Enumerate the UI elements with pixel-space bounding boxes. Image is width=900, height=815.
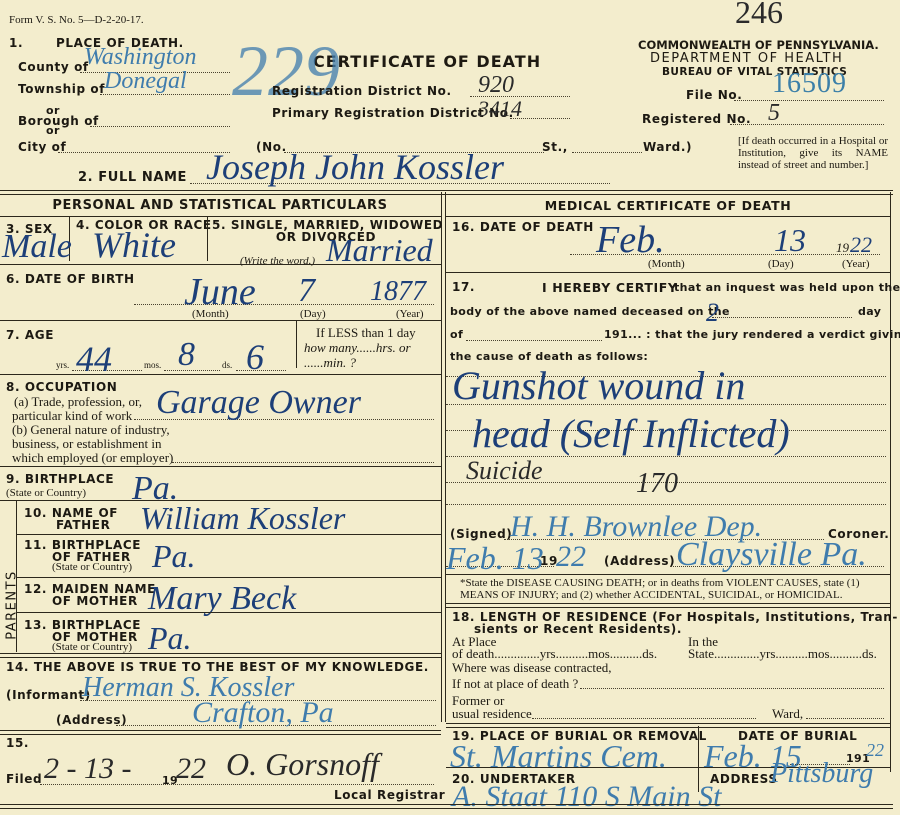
cause-line-3: Suicide	[466, 456, 543, 486]
less-than-day-3: ......min. ?	[304, 355, 356, 371]
coroner-address: Claysville Pa.	[676, 536, 867, 574]
dod-label: 16. DATE OF DEATH	[452, 220, 594, 234]
occupation-value: Garage Owner	[156, 384, 361, 422]
footnote: *State the DISEASE CAUSING DEATH; or in …	[460, 577, 886, 601]
less-than-day-2: how many......hrs. or	[304, 340, 411, 356]
yrs-caption: yrs.	[56, 360, 69, 370]
hospital-note: [If death occurred in a Hospital or Inst…	[738, 135, 888, 171]
cert-line-1a: I HEREBY CERTIFY	[542, 280, 678, 295]
authority-line-2: DEPARTMENT OF HEALTH	[650, 51, 843, 66]
dob-year: 1877	[370, 276, 426, 308]
file-number-stamp: 16509	[772, 68, 847, 100]
place-of-death-num: 1.	[9, 36, 23, 50]
cert-line-1b: that an inquest was held upon the	[674, 281, 900, 294]
where-contracted-1: Where was disease contracted,	[452, 660, 612, 676]
occupation-label: 8. OCCUPATION	[6, 380, 117, 394]
township-label: Township of	[18, 82, 105, 96]
cert-line-2-end: day	[858, 305, 881, 318]
ward-label: Ward.)	[643, 140, 692, 154]
birthplace-label: 9. BIRTHPLACE	[6, 472, 114, 486]
cause-line-1: Gunshot wound in	[452, 362, 745, 409]
father-bp-value: Pa.	[152, 538, 196, 575]
burial-place-value: St. Martins Cem.	[450, 738, 667, 775]
ds-caption: ds.	[222, 360, 232, 370]
father-bp-hint: (State or Country)	[52, 561, 132, 573]
registered-number: 5	[768, 100, 780, 127]
year-caption: (Year)	[396, 308, 424, 320]
dod-year: 22	[850, 232, 872, 258]
dod-year-prefix: 19	[836, 240, 849, 256]
dod-month-caption: (Month)	[648, 258, 685, 270]
dod-month: Feb.	[596, 218, 665, 262]
reg-district-label: Registration District No.	[272, 84, 452, 98]
in-state-2: State..............yrs..........mos.....…	[688, 646, 877, 662]
mother-bp-value: Pa.	[148, 620, 192, 657]
margin-number: 229	[232, 30, 340, 113]
month-caption: (Month)	[192, 308, 229, 320]
authority-line-1: COMMONWEALTH OF PENNSYLVANIA.	[638, 38, 879, 52]
father-name-value: William Kossler	[140, 500, 345, 537]
cert-line-2: body of the above named deceased on the	[450, 305, 730, 318]
birthplace-hint: (State or Country)	[6, 487, 86, 499]
parents-label: PARENTS	[5, 570, 20, 640]
parents-side-label: PARENTS	[1, 560, 23, 650]
age-days: 6	[246, 336, 264, 378]
occ-b-3: which employed (or employer)	[12, 450, 173, 466]
day-caption: (Day)	[300, 308, 326, 320]
mos-caption: mos.	[144, 360, 161, 370]
or-text: or	[46, 124, 60, 137]
where-contracted-2: If not at place of death ?	[452, 676, 578, 692]
cert-day: 2	[706, 298, 719, 328]
cert-line-3b: 191... : that the jury rendered a verdic…	[604, 328, 900, 341]
full-name-label: 2. FULL NAME	[78, 170, 187, 185]
primary-district-value: 3414	[478, 96, 522, 122]
filing-num: 15.	[6, 736, 29, 750]
street-label: St.,	[542, 140, 568, 154]
informant-address-value: Crafton, Pa	[192, 696, 334, 730]
mother-name-label-2: OF MOTHER	[52, 594, 138, 608]
death-certificate: Form V. S. No. 5—D-2-20-17. 1. PLACE OF …	[0, 0, 900, 815]
residence-ward-label: Ward,	[772, 706, 803, 722]
personal-heading: PERSONAL AND STATISTICAL PARTICULARS	[0, 198, 440, 213]
dob-label: 6. DATE OF BIRTH	[6, 272, 135, 286]
cert-line-3a: of	[450, 328, 463, 341]
certificate-title: CERTIFICATE OF DEATH	[313, 52, 541, 71]
former-residence-2: usual residence	[452, 706, 532, 722]
registrar-label: Local Registrar	[334, 788, 445, 802]
signed-year: 22	[556, 540, 586, 574]
marital-hint: (Write the word.)	[240, 255, 315, 267]
township-value: Donegal	[104, 68, 187, 95]
dod-year-caption: (Year)	[842, 258, 870, 270]
full-name-value: Joseph John Kossler	[206, 146, 504, 188]
signed-date: Feb. 13	[446, 540, 544, 577]
race-value: White	[92, 224, 176, 266]
residence-label-2: sients or Recent Residents).	[474, 622, 682, 636]
county-label: County of	[18, 60, 89, 74]
filed-year: 22	[176, 752, 206, 786]
dob-day: 7	[298, 272, 315, 310]
age-label: 7. AGE	[6, 328, 54, 342]
cause-code: 170	[636, 468, 678, 500]
mother-bp-hint: (State or Country)	[52, 641, 132, 653]
form-number: Form V. S. No. 5—D-2-20-17.	[9, 14, 144, 26]
filed-date: 2 - 13 -	[44, 752, 131, 786]
sex-value: Male	[2, 228, 72, 266]
cause-line-2: head (Self Inflicted)	[472, 410, 790, 457]
reg-district-value: 920	[478, 72, 514, 99]
less-than-day-1: If LESS than 1 day	[316, 325, 416, 341]
dod-day: 13	[774, 222, 806, 259]
filed-label: Filed	[6, 772, 42, 786]
medical-heading: MEDICAL CERTIFICATE OF DEATH	[446, 198, 890, 213]
age-months: 8	[178, 336, 195, 374]
county-value: Washington	[84, 44, 196, 71]
page-number: 246	[735, 0, 783, 31]
dod-day-caption: (Day)	[768, 258, 794, 270]
cert-num: 17.	[452, 280, 475, 294]
undertaker-address: Pittsburg	[770, 758, 873, 790]
father-name-label-2: FATHER	[56, 518, 110, 532]
coroner-address-label: (Address)	[604, 554, 675, 568]
registrar-signature: O. Gorsnoff	[226, 746, 379, 783]
informant-label: (Informant)	[6, 688, 91, 702]
